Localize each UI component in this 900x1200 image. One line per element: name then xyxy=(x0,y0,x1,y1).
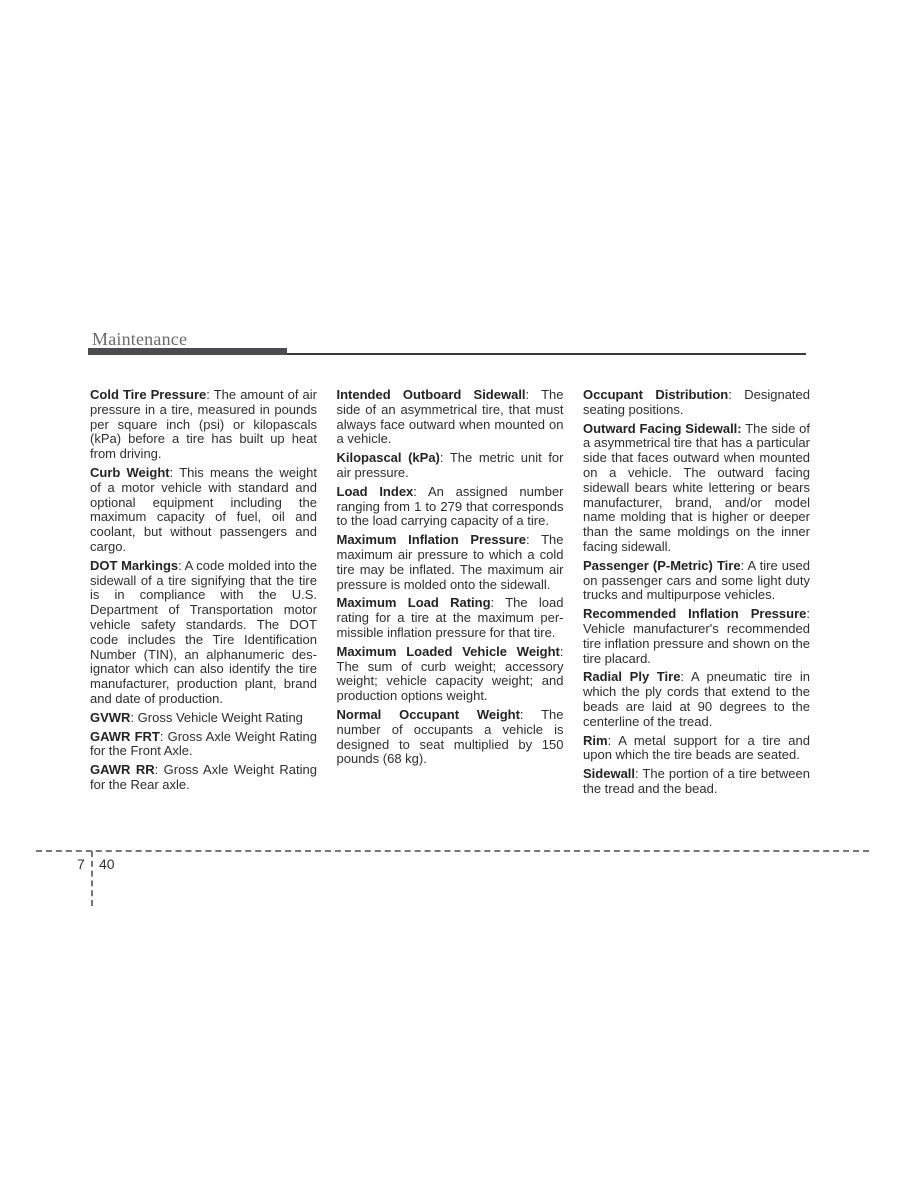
definition-paragraph: Maximum Loaded Vehicle Weight: The sum o… xyxy=(337,645,564,704)
definition-term: Intended Outboard Sidewall xyxy=(337,387,526,402)
definition-term: Maximum Load Rating xyxy=(337,595,491,610)
definition-paragraph: Normal Occupant Weight: The number of oc… xyxy=(337,708,564,767)
definition-paragraph: Load Index: An assigned number ranging f… xyxy=(337,485,564,529)
manual-page: Maintenance Cold Tire Pressure: The amou… xyxy=(0,0,900,1200)
definition-term: Occupant Distribution xyxy=(583,387,728,402)
definition-term: Rim xyxy=(583,733,608,748)
definition-paragraph: Kilopascal (kPa): The metric unit for ai… xyxy=(337,451,564,481)
definition-paragraph: GVWR: Gross Vehicle Weight Rating xyxy=(90,711,317,726)
definition-paragraph: GAWR RR: Gross Axle Weight Rating for th… xyxy=(90,763,317,793)
definition-term: GAWR RR xyxy=(90,762,155,777)
footer-dashed-line xyxy=(36,850,869,852)
definition-term: Maximum Inflation Pressure xyxy=(337,532,527,547)
definition-paragraph: Maximum Inflation Pressure: The maximum … xyxy=(337,533,564,592)
definition-term: Recommended Inflation Pressure xyxy=(583,606,806,621)
definition-term: Passenger (P-Metric) Tire xyxy=(583,558,741,573)
definition-paragraph: Radial Ply Tire: A pneumatic tire in whi… xyxy=(583,670,810,729)
definition-term: Cold Tire Pressure xyxy=(90,387,206,402)
definition-paragraph: Cold Tire Pressure: The amount of air pr… xyxy=(90,388,317,462)
definition-term: Kilopascal (kPa) xyxy=(337,450,440,465)
definition-paragraph: Curb Weight: This means the weight of a … xyxy=(90,466,317,555)
definition-term: Sidewall xyxy=(583,766,635,781)
chapter-number: 7 xyxy=(77,856,85,872)
definition-term: Maximum Loaded Vehicle Weight xyxy=(337,644,560,659)
definition-term: Curb Weight xyxy=(90,465,170,480)
section-title: Maintenance xyxy=(92,329,187,349)
definition-paragraph: DOT Markings: A code molded into the sid… xyxy=(90,559,317,707)
definition-paragraph: Recommended Inflation Pressure: Vehicle … xyxy=(583,607,810,666)
header-accent-bar xyxy=(88,348,287,355)
footer-dashed-divider xyxy=(91,851,93,906)
definition-term: Normal Occupant Weight xyxy=(337,707,520,722)
definition-paragraph: Outward Facing Sidewall: The side of a a… xyxy=(583,422,810,555)
definition-term: Radial Ply Tire xyxy=(583,669,680,684)
text-column-2: Intended Outboard Sidewall: The side of … xyxy=(337,388,564,801)
definition-term: GVWR xyxy=(90,710,130,725)
definitions-columns: Cold Tire Pressure: The amount of air pr… xyxy=(90,388,810,801)
definition-term: Load Index xyxy=(337,484,414,499)
page-number: 40 xyxy=(99,856,115,872)
definition-term: GAWR FRT xyxy=(90,729,160,744)
definition-paragraph: Rim: A metal support for a tire and upon… xyxy=(583,734,810,764)
definition-term: DOT Markings xyxy=(90,558,178,573)
definition-paragraph: GAWR FRT: Gross Axle Weight Rating for t… xyxy=(90,730,317,760)
definition-paragraph: Occupant Distribution: Designated seatin… xyxy=(583,388,810,418)
definition-paragraph: Sidewall: The portion of a tire between … xyxy=(583,767,810,797)
definition-paragraph: Intended Outboard Sidewall: The side of … xyxy=(337,388,564,447)
definition-paragraph: Passenger (P-Metric) Tire: A tire used o… xyxy=(583,559,810,603)
text-column-3: Occupant Distribution: Designated seatin… xyxy=(583,388,810,801)
definition-paragraph: Maximum Load Rating: The load rating for… xyxy=(337,596,564,640)
text-column-1: Cold Tire Pressure: The amount of air pr… xyxy=(90,388,317,801)
definition-term: Outward Facing Sidewall: xyxy=(583,421,742,436)
